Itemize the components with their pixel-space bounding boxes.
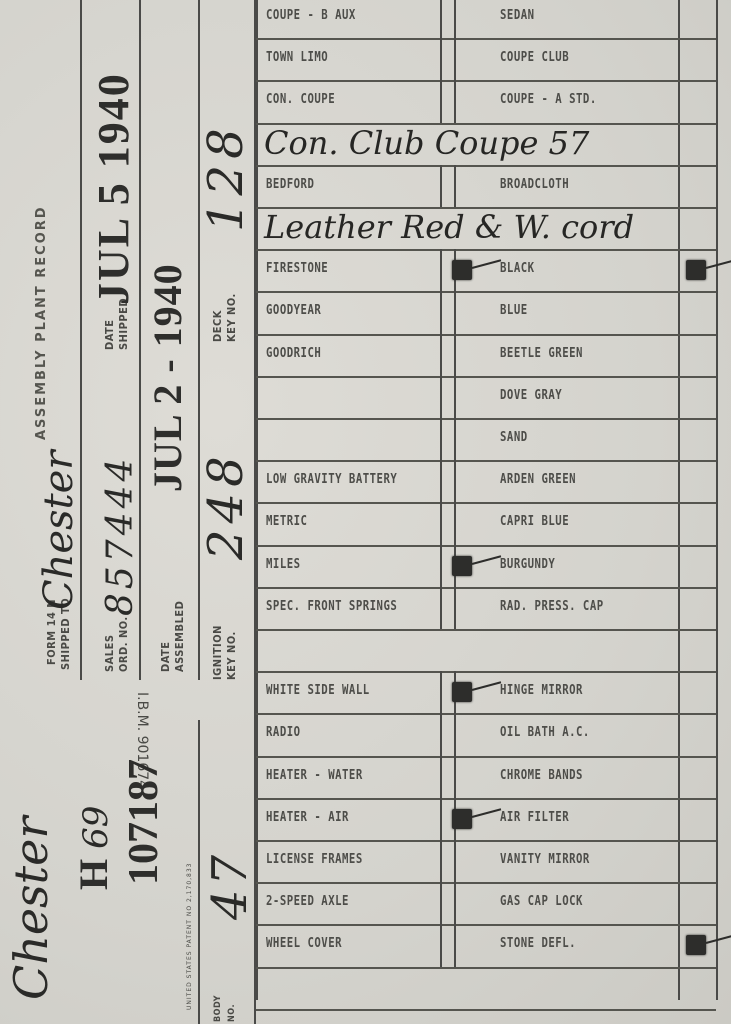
serial-prefix: H 69 bbox=[70, 806, 117, 890]
blank-row bbox=[256, 629, 716, 671]
option-label-right: GAS CAP LOCK bbox=[500, 882, 583, 924]
left-checkbox-checked[interactable] bbox=[452, 809, 472, 829]
option-label-left: MILES bbox=[266, 545, 301, 587]
option-label-left: METRIC bbox=[266, 502, 307, 544]
option-row: CON. COUPECOUPE - A STD. bbox=[256, 80, 716, 122]
option-label-left: LICENSE FRAMES bbox=[266, 840, 363, 882]
option-row: 2-SPEED AXLEGAS CAP LOCK bbox=[256, 882, 716, 924]
option-row: WHITE SIDE WALLHINGE MIRROR bbox=[256, 671, 716, 713]
option-label-right: BEETLE GREEN bbox=[500, 334, 583, 376]
option-label-right: BURGUNDY bbox=[500, 545, 555, 587]
check-mark-stroke-icon bbox=[706, 935, 731, 945]
option-label-left: LOW GRAVITY BATTERY bbox=[266, 460, 397, 502]
deck-key-value: 128 bbox=[198, 122, 254, 232]
option-label-left: GOODYEAR bbox=[266, 291, 321, 333]
left-checkbox-checked[interactable] bbox=[452, 260, 472, 280]
option-label-right: RAD. PRESS. CAP bbox=[500, 587, 604, 629]
body-no-label-1: BODY bbox=[212, 995, 224, 1022]
assembly-plant-record-card: ASSEMBLY PLANT RECORD FORM 14 N SHIPPED … bbox=[0, 0, 731, 1024]
option-row: TOWN LIMOCOUPE CLUB bbox=[256, 38, 716, 80]
option-row: DOVE GRAY bbox=[256, 376, 716, 418]
signature: Chester bbox=[4, 817, 58, 1000]
option-row: GOODRICHBEETLE GREEN bbox=[256, 334, 716, 376]
deck-key-label-2: KEY NO. bbox=[226, 293, 238, 342]
date-assembled-label-1: DATE bbox=[160, 641, 172, 672]
right-checkbox-checked[interactable] bbox=[686, 935, 706, 955]
option-label-left: HEATER - AIR bbox=[266, 798, 349, 840]
option-row: FIRESTONEBLACK bbox=[256, 249, 716, 291]
option-label-right: BLUE bbox=[500, 291, 528, 333]
serial-number: 107187 bbox=[120, 759, 168, 885]
option-row: LOW GRAVITY BATTERYARDEN GREEN bbox=[256, 460, 716, 502]
check-mark-stroke-icon bbox=[472, 259, 501, 269]
handwritten-note: Con. Club Coupe 57 bbox=[264, 123, 589, 163]
option-label-right: CAPRI BLUE bbox=[500, 502, 569, 544]
option-label-right: DOVE GRAY bbox=[500, 376, 562, 418]
date-assembled-label-2: ASSEMBLED bbox=[174, 601, 186, 672]
option-label-left: SPEC. FRONT SPRINGS bbox=[266, 587, 397, 629]
option-label-right: AIR FILTER bbox=[500, 798, 569, 840]
deck-key-label-1: DECK bbox=[212, 310, 224, 342]
ignition-key-label-1: IGNITION bbox=[212, 625, 224, 680]
option-label-left: BEDFORD bbox=[266, 165, 314, 207]
option-label-left: GOODRICH bbox=[266, 334, 321, 376]
option-label-right: OIL BATH A.C. bbox=[500, 713, 590, 755]
option-label-right: COUPE CLUB bbox=[500, 38, 569, 80]
option-row: METRICCAPRI BLUE bbox=[256, 502, 716, 544]
date-shipped-value: JUL 5 1940 bbox=[88, 72, 139, 305]
left-checkbox-checked[interactable] bbox=[452, 682, 472, 702]
option-label-right: ARDEN GREEN bbox=[500, 460, 576, 502]
option-label-left: RADIO bbox=[266, 713, 301, 755]
option-row: BEDFORDBROADCLOTH bbox=[256, 165, 716, 207]
date-shipped-label-2: SHIPPED bbox=[118, 298, 130, 350]
option-row: GOODYEARBLUE bbox=[256, 291, 716, 333]
ignition-key-label-2: KEY NO. bbox=[226, 631, 238, 680]
patent-note: UNITED STATES PATENT NO 2,170,833 bbox=[186, 863, 193, 1011]
option-row: SAND bbox=[256, 418, 716, 460]
option-row: LICENSE FRAMESVANITY MIRROR bbox=[256, 840, 716, 882]
option-label-left: TOWN LIMO bbox=[266, 38, 328, 80]
sales-ord-label-2: ORD. NO. bbox=[118, 616, 130, 672]
check-mark-stroke-icon bbox=[472, 555, 501, 565]
left-panel-rule-4 bbox=[198, 720, 200, 1024]
blank-row bbox=[256, 967, 716, 1009]
body-no-label-2: NO. bbox=[226, 1004, 238, 1022]
option-label-right: HINGE MIRROR bbox=[500, 671, 583, 713]
option-label-right: BLACK bbox=[500, 249, 535, 291]
option-label-left: HEATER - WATER bbox=[266, 756, 363, 798]
left-panel-rule-3 bbox=[198, 0, 200, 680]
date-assembled-value: JUL 2 - 1940 bbox=[144, 263, 191, 492]
option-row: COUPE - B AUXSEDAN bbox=[256, 0, 716, 38]
ignition-key-value: 248 bbox=[198, 450, 254, 560]
shipped-to-value: Chester bbox=[36, 451, 82, 610]
option-label-left: 2-SPEED AXLE bbox=[266, 882, 349, 924]
option-label-right: SAND bbox=[500, 418, 528, 460]
option-row: SPEC. FRONT SPRINGSRAD. PRESS. CAP bbox=[256, 587, 716, 629]
serial-suffix: 69 bbox=[76, 806, 116, 849]
option-row: RADIOOIL BATH A.C. bbox=[256, 713, 716, 755]
options-grid: COUPE - B AUXSEDANTOWN LIMOCOUPE CLUBCON… bbox=[256, 0, 716, 1000]
option-label-left: WHITE SIDE WALL bbox=[266, 671, 370, 713]
option-row: HEATER - WATERCHROME BANDS bbox=[256, 756, 716, 798]
option-label-right: CHROME BANDS bbox=[500, 756, 583, 798]
form-title: ASSEMBLY PLANT RECORD bbox=[34, 205, 49, 440]
option-row: WHEEL COVERSTONE DEFL. bbox=[256, 924, 716, 966]
option-label-right: BROADCLOTH bbox=[500, 165, 569, 207]
option-label-left: FIRESTONE bbox=[266, 249, 328, 291]
option-row: MILESBURGUNDY bbox=[256, 545, 716, 587]
sales-ord-value: 857444 bbox=[100, 455, 141, 616]
option-row: HEATER - AIRAIR FILTER bbox=[256, 798, 716, 840]
option-label-left: COUPE - B AUX bbox=[266, 0, 356, 38]
left-checkbox-checked[interactable] bbox=[452, 556, 472, 576]
option-label-right: SEDAN bbox=[500, 0, 535, 38]
check-mark-stroke-icon bbox=[472, 808, 501, 818]
check-mark-stroke-icon bbox=[706, 259, 731, 269]
check-mark-stroke-icon bbox=[472, 681, 501, 691]
grid-right-border bbox=[716, 0, 718, 1000]
handwritten-note: Leather Red & W. cord bbox=[264, 207, 634, 247]
date-shipped-label-1: DATE bbox=[104, 319, 116, 350]
option-label-left: CON. COUPE bbox=[266, 80, 335, 122]
handwritten-row: Leather Red & W. cord bbox=[256, 207, 716, 249]
serial-prefix-letter: H bbox=[71, 859, 116, 890]
option-label-right: COUPE - A STD. bbox=[500, 80, 597, 122]
sales-ord-label-1: SALES bbox=[104, 635, 116, 672]
option-label-right: STONE DEFL. bbox=[500, 924, 576, 966]
body-no-value: 47 bbox=[202, 851, 258, 920]
right-checkbox-checked[interactable] bbox=[686, 260, 706, 280]
handwritten-row: Con. Club Coupe 57 bbox=[256, 123, 716, 165]
grid-row-rule bbox=[256, 1009, 716, 1011]
option-label-left: WHEEL COVER bbox=[266, 924, 342, 966]
option-label-right: VANITY MIRROR bbox=[500, 840, 590, 882]
